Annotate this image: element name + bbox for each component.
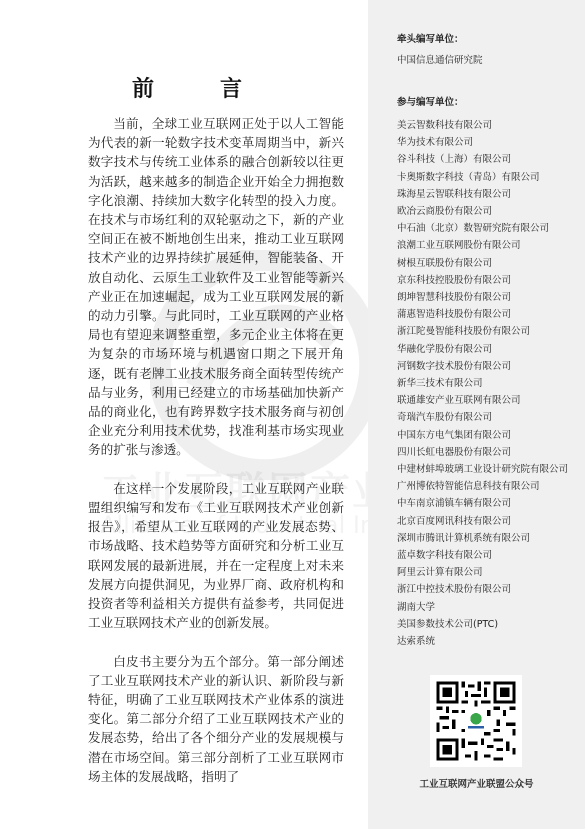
list-item: 谷斗科技（上海）有限公司 — [397, 151, 577, 168]
list-item: 朗坤智慧科技股份有限公司 — [397, 289, 577, 306]
lead-org: 中国信息通信研究院 — [397, 54, 577, 68]
list-item: 蓝卓数字科技有限公司 — [397, 547, 577, 564]
main-content: 工业互联网产业联盟 Alliance of Industrial Interne… — [0, 0, 368, 829]
list-item: 树根互联股份有限公司 — [397, 255, 577, 272]
qr-code — [430, 675, 522, 767]
page-title: 前 言 — [0, 72, 368, 103]
list-item: 达索系统 — [397, 633, 577, 650]
list-item: 浙江中控技术股份有限公司 — [397, 581, 577, 598]
list-item: 华为技术有限公司 — [397, 134, 577, 151]
preface-body: 当前，全球工业互联网正处于以人工智能为代表的新一轮数字技术变革周期当中，新兴数字… — [88, 114, 344, 805]
list-item: 奇瑞汽车股份有限公司 — [397, 409, 577, 426]
list-item: 新华三技术有限公司 — [397, 375, 577, 392]
list-item: 美云智数科技有限公司 — [397, 117, 577, 134]
qr-caption: 工业互联网产业联盟公众号 — [368, 776, 585, 790]
list-item: 卡奥斯数字科技（青岛）有限公司 — [397, 169, 577, 186]
paragraph-1: 当前，全球工业互联网正处于以人工智能为代表的新一轮数字技术变革周期当中，新兴数字… — [88, 114, 344, 460]
list-item: 京东科技控股股份有限公司 — [397, 272, 577, 289]
list-item: 湖南大学 — [397, 599, 577, 616]
list-item: 浪潮工业互联网股份有限公司 — [397, 237, 577, 254]
list-item: 深圳市腾讯计算机系统有限公司 — [397, 530, 577, 547]
list-item: 北京百度网讯科技有限公司 — [397, 513, 577, 530]
qr-code-icon — [430, 675, 522, 767]
list-item: 珠海星云智联科技有限公司 — [397, 186, 577, 203]
list-item: 联通雄安产业互联网有限公司 — [397, 392, 577, 409]
list-item: 河钢数字技术股份有限公司 — [397, 358, 577, 375]
list-item: 四川长虹电器股份有限公司 — [397, 444, 577, 461]
participants-heading: 参与编写单位： — [397, 96, 577, 110]
list-item: 浙江陀曼智能科技股份有限公司 — [397, 323, 577, 340]
paragraph-3: 白皮书主要分为五个部分。第一部分阐述了工业互联网技术产业的新认识、新阶段与新特征… — [88, 652, 344, 786]
paragraph-2: 在这样一个发展阶段，工业互联网产业联盟组织编写和发布《工业互联网技术产业创新报告… — [88, 479, 344, 633]
list-item: 中石油（北京）数智研究院有限公司 — [397, 220, 577, 237]
list-item: 中国东方电气集团有限公司 — [397, 427, 577, 444]
list-item: 蒲惠智造科技股份有限公司 — [397, 306, 577, 323]
list-item: 中车南京浦镇车辆有限公司 — [397, 495, 577, 512]
participants-list: 美云智数科技有限公司 华为技术有限公司 谷斗科技（上海）有限公司 卡奥斯数字科技… — [397, 117, 577, 650]
list-item: 华融化学股份有限公司 — [397, 341, 577, 358]
list-item: 阿里云计算有限公司 — [397, 564, 577, 581]
contributors-block: 牵头编写单位： 中国信息通信研究院 参与编写单位： 美云智数科技有限公司 华为技… — [397, 33, 577, 650]
list-item: 欧冶云商股份有限公司 — [397, 203, 577, 220]
contributors-sidebar: 牵头编写单位： 中国信息通信研究院 参与编写单位： 美云智数科技有限公司 华为技… — [368, 0, 585, 829]
lead-org-heading: 牵头编写单位： — [397, 33, 577, 47]
list-item: 中建材蚌埠玻璃工业设计研究院有限公司 — [397, 461, 577, 478]
list-item: 广州博依特智能信息科技有限公司 — [397, 478, 577, 495]
list-item: 美国参数技术公司(PTC) — [397, 616, 577, 633]
